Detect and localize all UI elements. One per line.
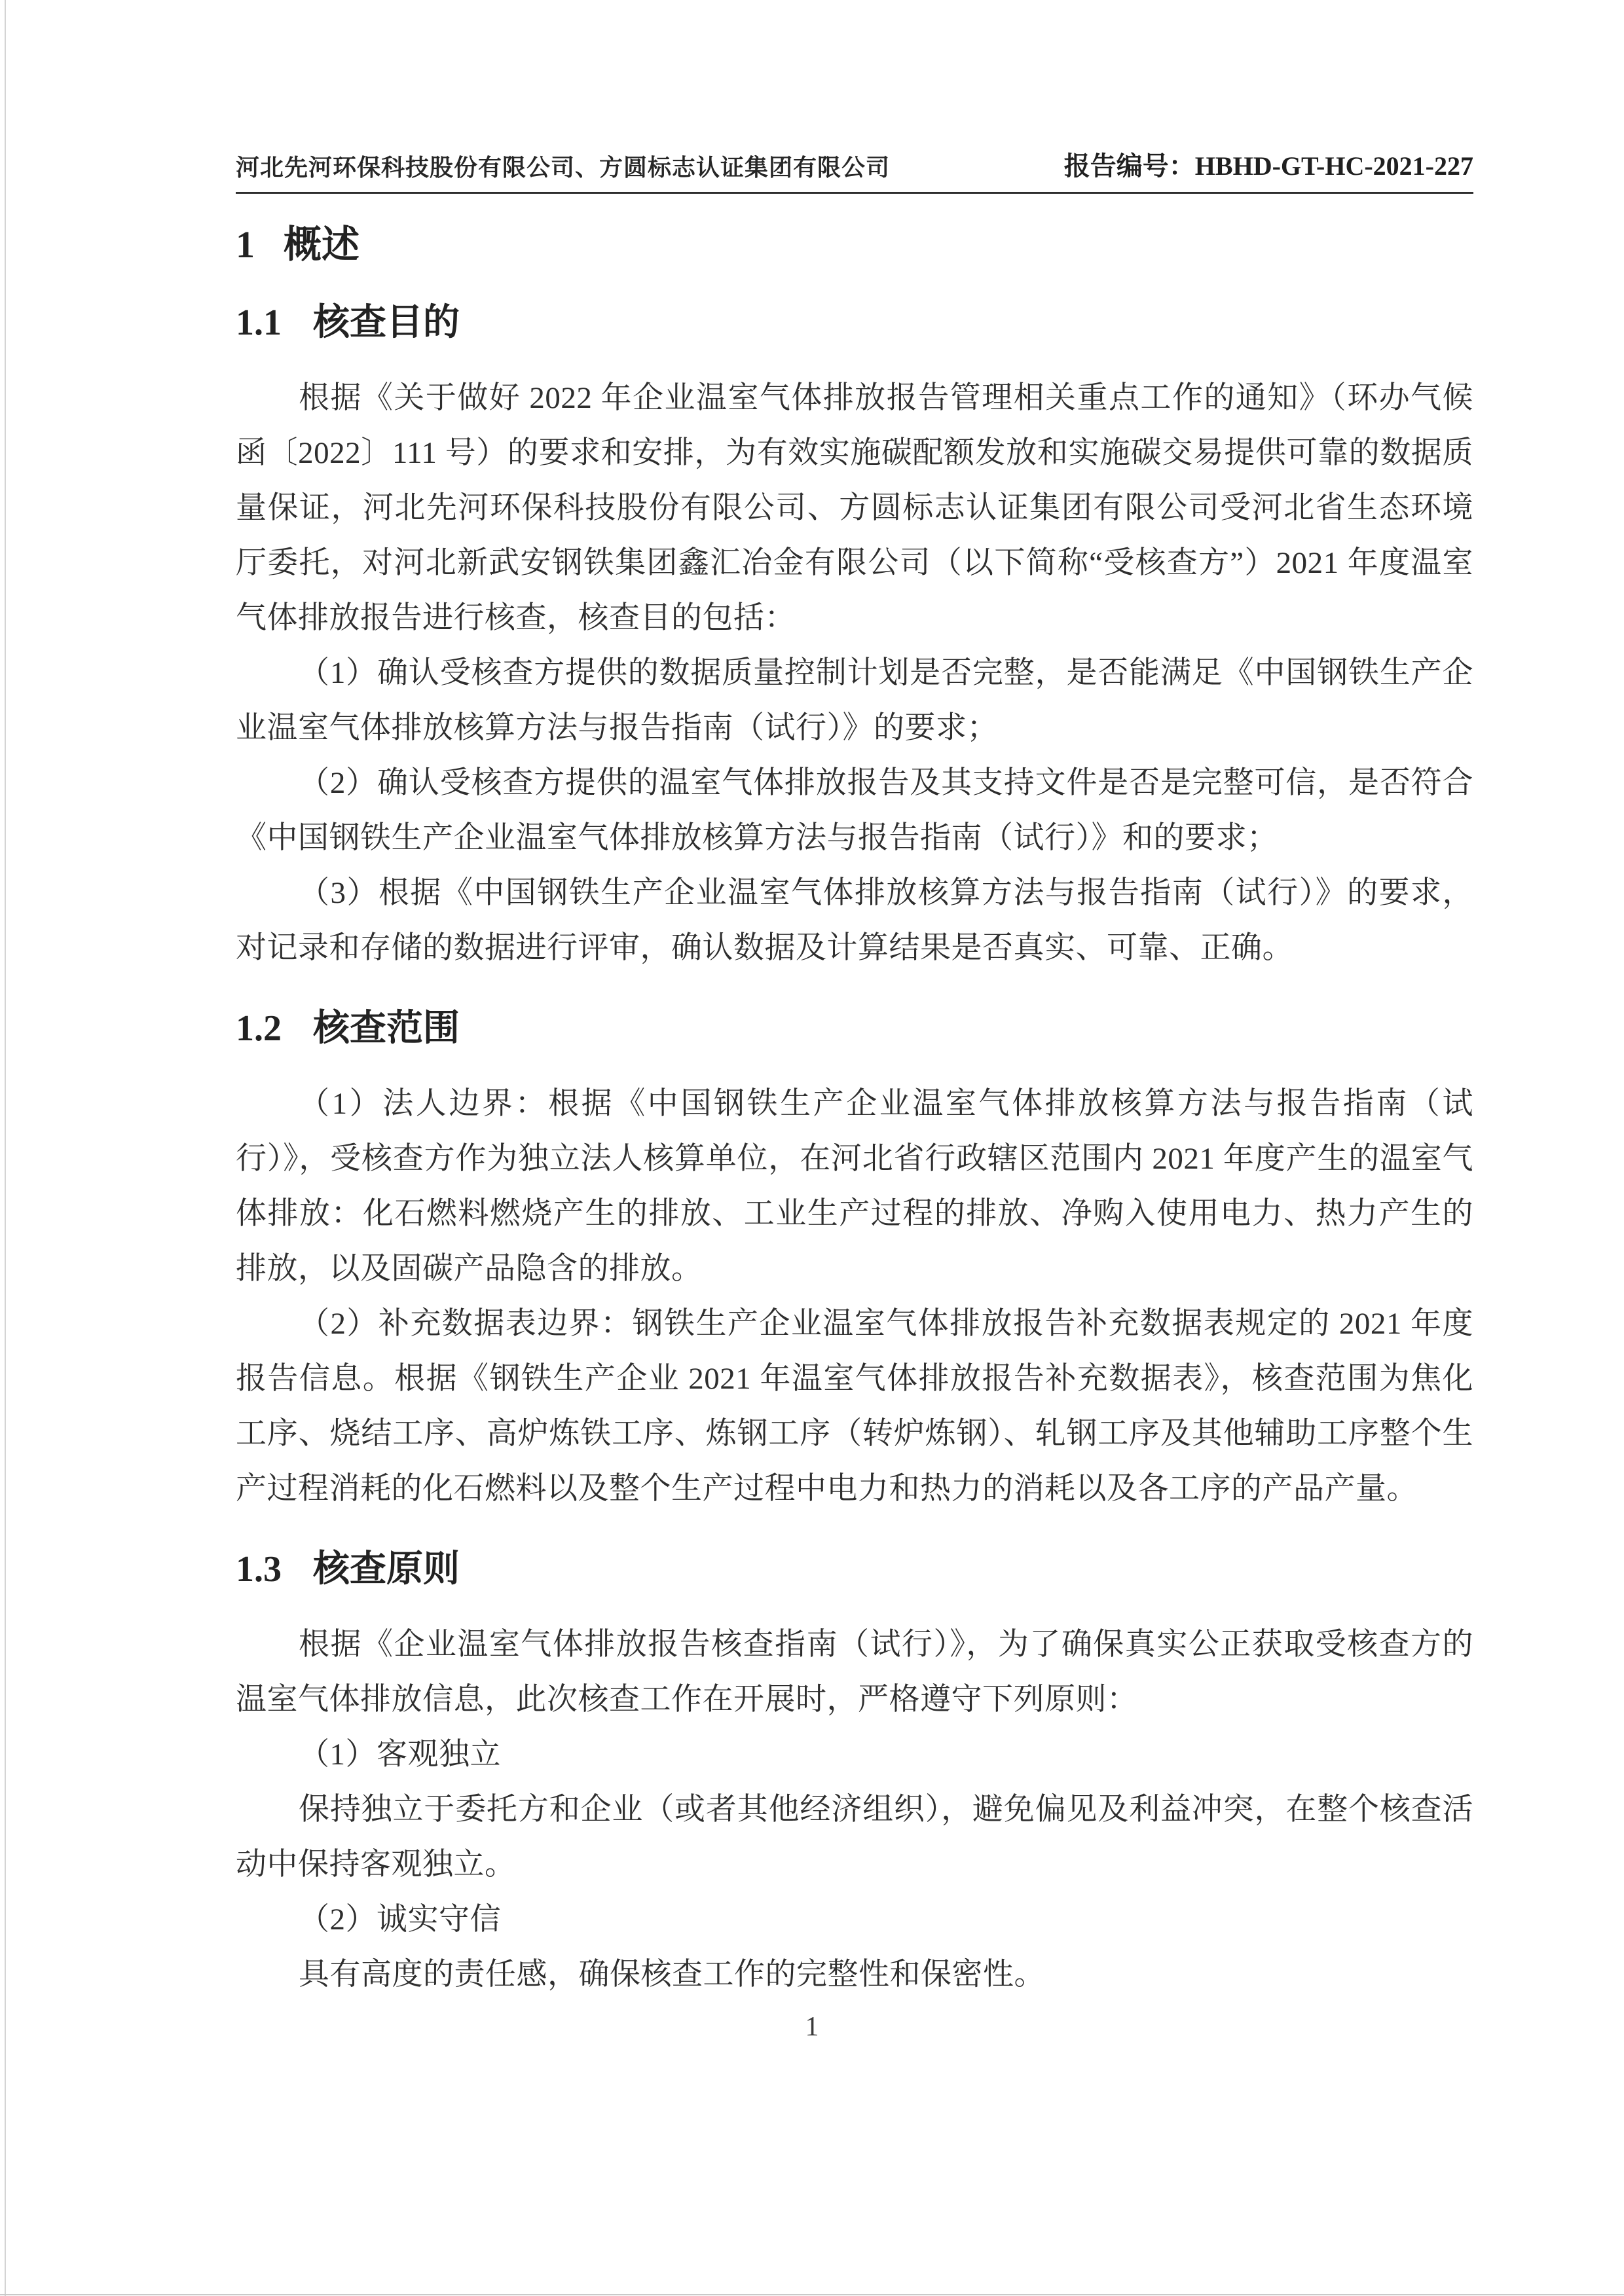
document-body: 1概述 1.1核查目的 根据《关于做好 2022 年企业温室气体排放报告管理相关… (236, 221, 1473, 2002)
document-page: 河北先河环保科技股份有限公司、方圆标志认证集团有限公司 报告编号：HBHD-GT… (0, 0, 1624, 2296)
paragraph: （1）客观独立 (236, 1727, 1473, 1782)
chapter-title: 概述 (284, 223, 360, 266)
section-heading-1-3: 1.3核查原则 (236, 1546, 1473, 1592)
page-header: 河北先河环保科技股份有限公司、方圆标志认证集团有限公司 报告编号：HBHD-GT… (236, 145, 1473, 194)
paragraph: （3）根据《中国钢铁生产企业温室气体排放核算方法与报告指南（试行）》的要求，对记… (236, 866, 1473, 975)
section-title: 核查范围 (313, 1008, 460, 1049)
section-heading-1-1: 1.1核查目的 (236, 300, 1473, 346)
paragraph: 根据《企业温室气体排放报告核查指南（试行）》，为了确保真实公正获取受核查方的温室… (236, 1617, 1473, 1727)
header-company-names: 河北先河环保科技股份有限公司、方圆标志认证集团有限公司 (236, 149, 890, 183)
chapter-heading: 1概述 (236, 221, 1473, 268)
section-body-1-1: 根据《关于做好 2022 年企业温室气体排放报告管理相关重点工作的通知》（环办气… (236, 371, 1473, 975)
section-title: 核查目的 (313, 302, 460, 343)
paragraph: 具有高度的责任感，确保核查工作的完整性和保密性。 (236, 1947, 1473, 2002)
scan-bottom-edge (0, 2294, 1624, 2295)
paragraph: （2）补充数据表边界：钢铁生产企业温室气体排放报告补充数据表规定的 2021 年… (236, 1296, 1473, 1516)
paragraph: （1）确认受核查方提供的数据质量控制计划是否完整，是否能满足《中国钢铁生产企业温… (236, 646, 1473, 756)
report-number-value: HBHD-GT-HC-2021-227 (1195, 151, 1473, 181)
paragraph: （2）确认受核查方提供的温室气体排放报告及其支持文件是否是完整可信，是否符合《中… (236, 756, 1473, 866)
chapter-number: 1 (236, 223, 255, 266)
section-body-1-3: 根据《企业温室气体排放报告核查指南（试行）》，为了确保真实公正获取受核查方的温室… (236, 1617, 1473, 2002)
section-number: 1.1 (236, 302, 282, 343)
paragraph: （1）法人边界：根据《中国钢铁生产企业温室气体排放核算方法与报告指南（试行）》，… (236, 1076, 1473, 1296)
paragraph: 保持独立于委托方和企业（或者其他经济组织），避免偏见及利益冲突，在整个核查活动中… (236, 1782, 1473, 1892)
section-number: 1.3 (236, 1549, 282, 1590)
report-number-label: 报告编号： (1064, 151, 1195, 181)
paragraph: （2）诚实守信 (236, 1892, 1473, 1947)
scan-left-edge (5, 0, 6, 2296)
header-report-number: 报告编号：HBHD-GT-HC-2021-227 (1064, 145, 1473, 183)
section-body-1-2: （1）法人边界：根据《中国钢铁生产企业温室气体排放核算方法与报告指南（试行）》，… (236, 1076, 1473, 1516)
section-number: 1.2 (236, 1008, 282, 1049)
section-title: 核查原则 (313, 1549, 460, 1590)
paragraph: 根据《关于做好 2022 年企业温室气体排放报告管理相关重点工作的通知》（环办气… (236, 371, 1473, 646)
section-heading-1-2: 1.2核查范围 (236, 1006, 1473, 1051)
page-number: 1 (0, 2011, 1624, 2043)
